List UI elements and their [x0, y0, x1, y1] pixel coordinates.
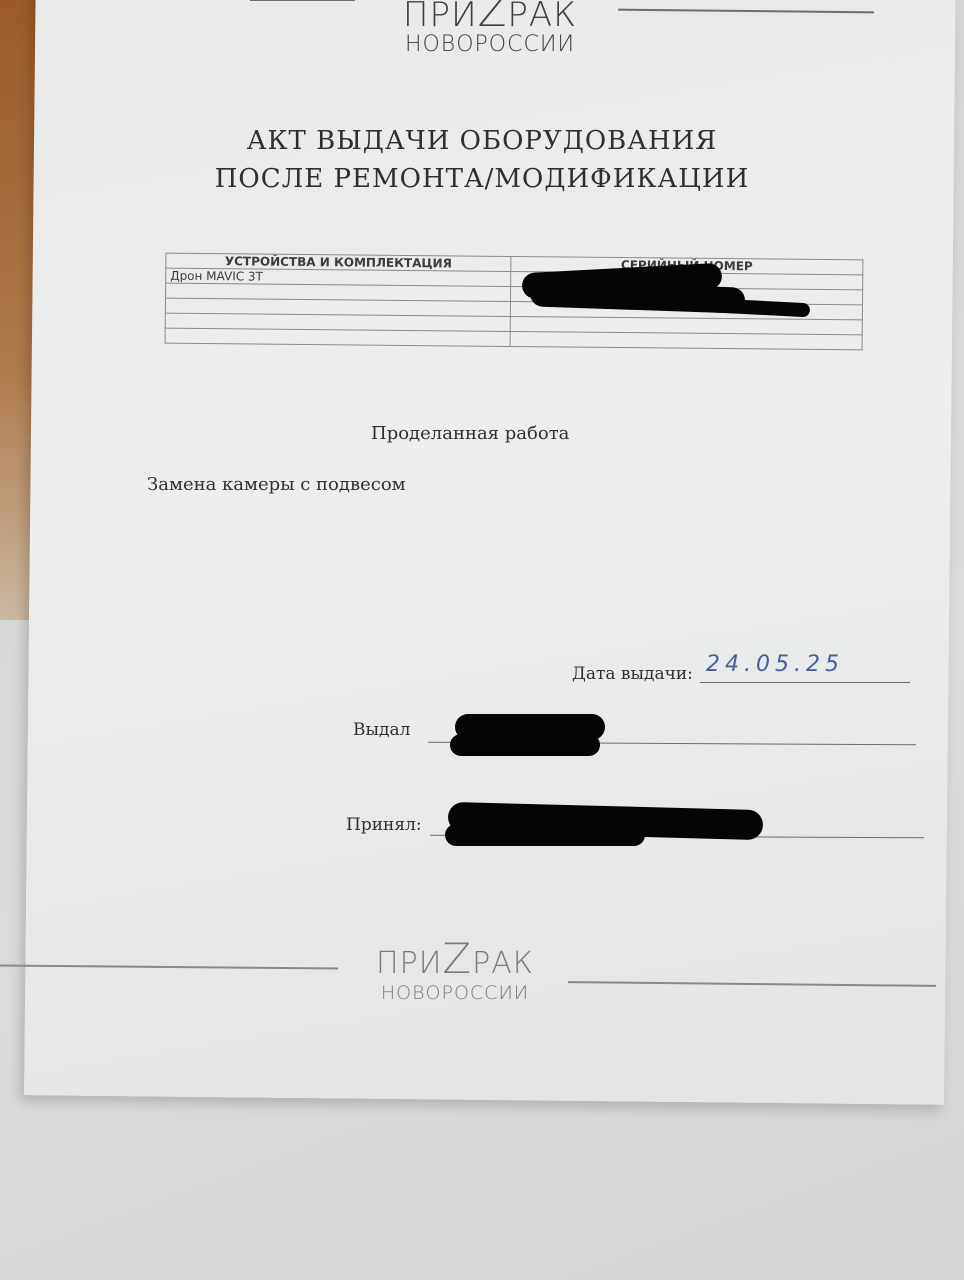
footer-logo-subtitle: НОВОРОССИИ	[362, 981, 548, 1005]
received-by-redaction-stroke	[445, 824, 645, 846]
issue-date-label: Дата выдачи:	[572, 664, 693, 684]
header-logo-subtitle: НОВОРОССИИ	[380, 33, 600, 57]
document-title-line1: АКТ ВЫДАЧИ ОБОРУДОВАНИЯ	[0, 122, 964, 160]
device-cell	[165, 328, 510, 346]
issued-by-label: Выдал	[353, 720, 410, 740]
footer-logo-wordmark: ПРИZРАК	[362, 942, 548, 981]
document-title: АКТ ВЫДАЧИ ОБОРУДОВАНИЯ ПОСЛЕ РЕМОНТА/МО…	[0, 122, 964, 198]
issued-by-redaction-stroke	[450, 734, 600, 756]
header-rule-left	[250, 0, 355, 1]
footer-logo: ПРИZРАК НОВОРОССИИ	[362, 942, 548, 1005]
received-by-label: Принял:	[346, 815, 422, 835]
header-logo-wordmark: ПРИZРАК	[380, 0, 600, 33]
work-heading: Проделанная работа	[371, 423, 569, 444]
header-logo: ПРИZРАК НОВОРОССИИ	[380, 0, 600, 57]
work-description: Замена камеры с подвесом	[147, 474, 406, 495]
document-title-line2: ПОСЛЕ РЕМОНТА/МОДИФИКАЦИИ	[0, 160, 964, 198]
serial-cell	[510, 331, 862, 349]
issue-date-value: 24.05.25	[706, 652, 844, 677]
issue-date-line	[700, 682, 910, 683]
